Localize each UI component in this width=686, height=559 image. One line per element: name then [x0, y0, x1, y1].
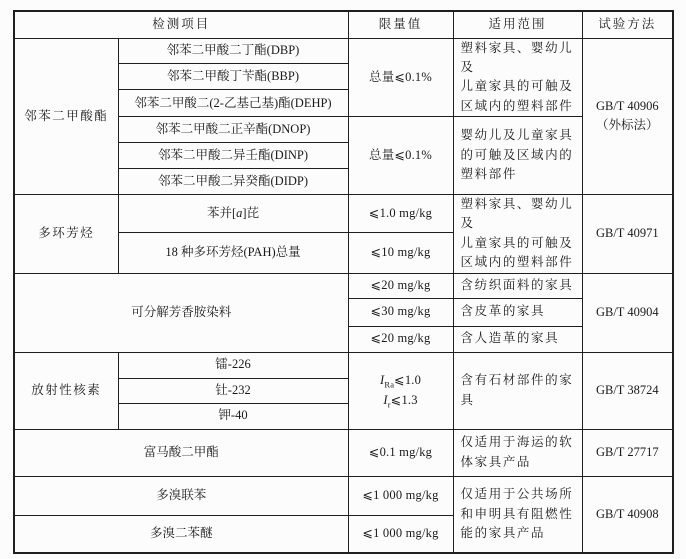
cell-limit-radionuclides: IRa⩽1.0 Ir⩽1.3 — [348, 352, 453, 429]
cell-item-dinp: 邻苯二甲酸二异壬酯(DINP) — [118, 143, 348, 169]
table-row: 富马酸二甲酯 ⩽0.1 mg/kg 仅适用于海运的软 体家具产品 GB/T 27… — [14, 429, 673, 476]
cell-scope-brominated: 仅适用于公共场所 和申明具有阻燃性 能的家具产品 — [453, 476, 582, 553]
cell-limit-azo-3: ⩽20 mg/kg — [348, 326, 453, 352]
cell-limit-phthalates-top: 总量⩽0.1% — [348, 38, 453, 117]
header-applicable-scope: 适用范围 — [453, 11, 582, 38]
cell-limit-azo-2: ⩽30 mg/kg — [348, 298, 453, 326]
table-row: 多环芳烃 苯并[a]芘 ⩽1.0 mg/kg 塑料家具、婴幼儿及 儿童家具的可触… — [14, 195, 673, 233]
cell-item-dnop: 邻苯二甲酸二正辛酯(DNOP) — [118, 117, 348, 143]
cell-item-dbp: 邻苯二甲酸二丁酯(DBP) — [118, 38, 348, 63]
table-row: 可分解芳香胺染料 ⩽20 mg/kg 含纺织面料的家具 GB/T 40904 — [14, 273, 673, 298]
cell-item-polybrominated-diphenyl-ethers: 多溴二苯醚 — [14, 515, 348, 553]
table-row: 放射性核素 镭-226 IRa⩽1.0 Ir⩽1.3 含有石材部件的家具 GB/… — [14, 352, 673, 378]
cell-method-azo: GB/T 40904 — [582, 273, 673, 352]
cell-limit-azo-1: ⩽20 mg/kg — [348, 273, 453, 298]
cell-limit-pbb: ⩽1 000 mg/kg — [348, 476, 453, 515]
table-row: 多溴联苯 ⩽1 000 mg/kg 仅适用于公共场所 和申明具有阻燃性 能的家具… — [14, 476, 673, 515]
cell-item-polybrominated-biphenyls: 多溴联苯 — [14, 476, 348, 515]
cell-scope-phthalates-bottom: 婴幼儿及儿童家具 的可触及区域内的 塑料部件 — [453, 117, 582, 195]
cell-scope-pah: 塑料家具、婴幼儿及 儿童家具的可触及 区域内的塑料部件 — [453, 195, 582, 274]
benzo-prefix: 苯并[ — [207, 206, 236, 220]
cell-item-dehp: 邻苯二甲酸二(2-乙基己基)酯(DEHP) — [118, 90, 348, 117]
header-row: 检测项目 限量值 适用范围 试验方法 — [14, 11, 673, 38]
index-value-r: ⩽1.3 — [391, 393, 418, 407]
cell-method-radionuclides: GB/T 38724 — [582, 352, 673, 429]
cell-limit-dimethyl-fumarate: ⩽0.1 mg/kg — [348, 429, 453, 476]
cell-scope-radionuclides: 含有石材部件的家具 — [453, 352, 582, 429]
header-test-method: 试验方法 — [582, 11, 673, 38]
cell-item-potassium-40: 钾-40 — [118, 403, 348, 429]
cell-item-didp: 邻苯二甲酸二异癸酯(DIDP) — [118, 169, 348, 195]
cell-scope-phthalates-top: 塑料家具、婴幼儿及 儿童家具的可触及 区域内的塑料部件 — [453, 38, 582, 117]
radionuclide-limit-ra: IRa⩽1.0 — [353, 371, 449, 390]
cell-scope-azo-leather: 含皮革的家具 — [453, 298, 582, 326]
cell-scope-dimethyl-fumarate: 仅适用于海运的软 体家具产品 — [453, 429, 582, 476]
cell-limit-phthalates-bottom: 总量⩽0.1% — [348, 117, 453, 195]
cell-limit-pbde: ⩽1 000 mg/kg — [348, 515, 453, 553]
cell-item-bbp: 邻苯二甲酸丁苄酯(BBP) — [118, 63, 348, 90]
cell-method-pah: GB/T 40971 — [582, 195, 673, 274]
cell-method-phthalates: GB/T 40906 （外标法） — [582, 38, 673, 195]
table-row: 邻苯二甲酸酯 邻苯二甲酸二丁酯(DBP) 总量⩽0.1% 塑料家具、婴幼儿及 儿… — [14, 38, 673, 63]
cell-group-phthalates: 邻苯二甲酸酯 — [14, 38, 118, 195]
cell-method-dimethyl-fumarate: GB/T 27717 — [582, 429, 673, 476]
header-limit-value: 限量值 — [348, 11, 453, 38]
test-requirements-table: 检测项目 限量值 适用范围 试验方法 邻苯二甲酸酯 邻苯二甲酸二丁酯(DBP) … — [13, 10, 674, 554]
cell-method-brominated: GB/T 40908 — [582, 476, 673, 553]
header-detection-items: 检测项目 — [14, 11, 348, 38]
cell-limit-benzo-a-pyrene: ⩽1.0 mg/kg — [348, 195, 453, 233]
cell-item-dimethyl-fumarate: 富马酸二甲酯 — [14, 429, 348, 476]
benzo-suffix: ]芘 — [242, 206, 259, 220]
cell-scope-azo-textile: 含纺织面料的家具 — [453, 273, 582, 298]
cell-limit-pah-total: ⩽10 mg/kg — [348, 232, 453, 273]
radionuclide-limit-r: Ir⩽1.3 — [353, 391, 449, 410]
index-sub-ra: Ra — [384, 380, 394, 390]
cell-item-pah-total: 18 种多环芳烃(PAH)总量 — [118, 232, 348, 273]
cell-item-thorium-232: 钍-232 — [118, 378, 348, 403]
cell-scope-azo-synthetic-leather: 含人造革的家具 — [453, 326, 582, 352]
cell-group-pah: 多环芳烃 — [14, 195, 118, 274]
cell-group-radionuclides: 放射性核素 — [14, 352, 118, 429]
index-value-ra: ⩽1.0 — [394, 373, 421, 387]
cell-item-benzo-a-pyrene: 苯并[a]芘 — [118, 195, 348, 233]
cell-item-azo-dyes: 可分解芳香胺染料 — [14, 273, 348, 352]
cell-item-radium-226: 镭-226 — [118, 352, 348, 378]
